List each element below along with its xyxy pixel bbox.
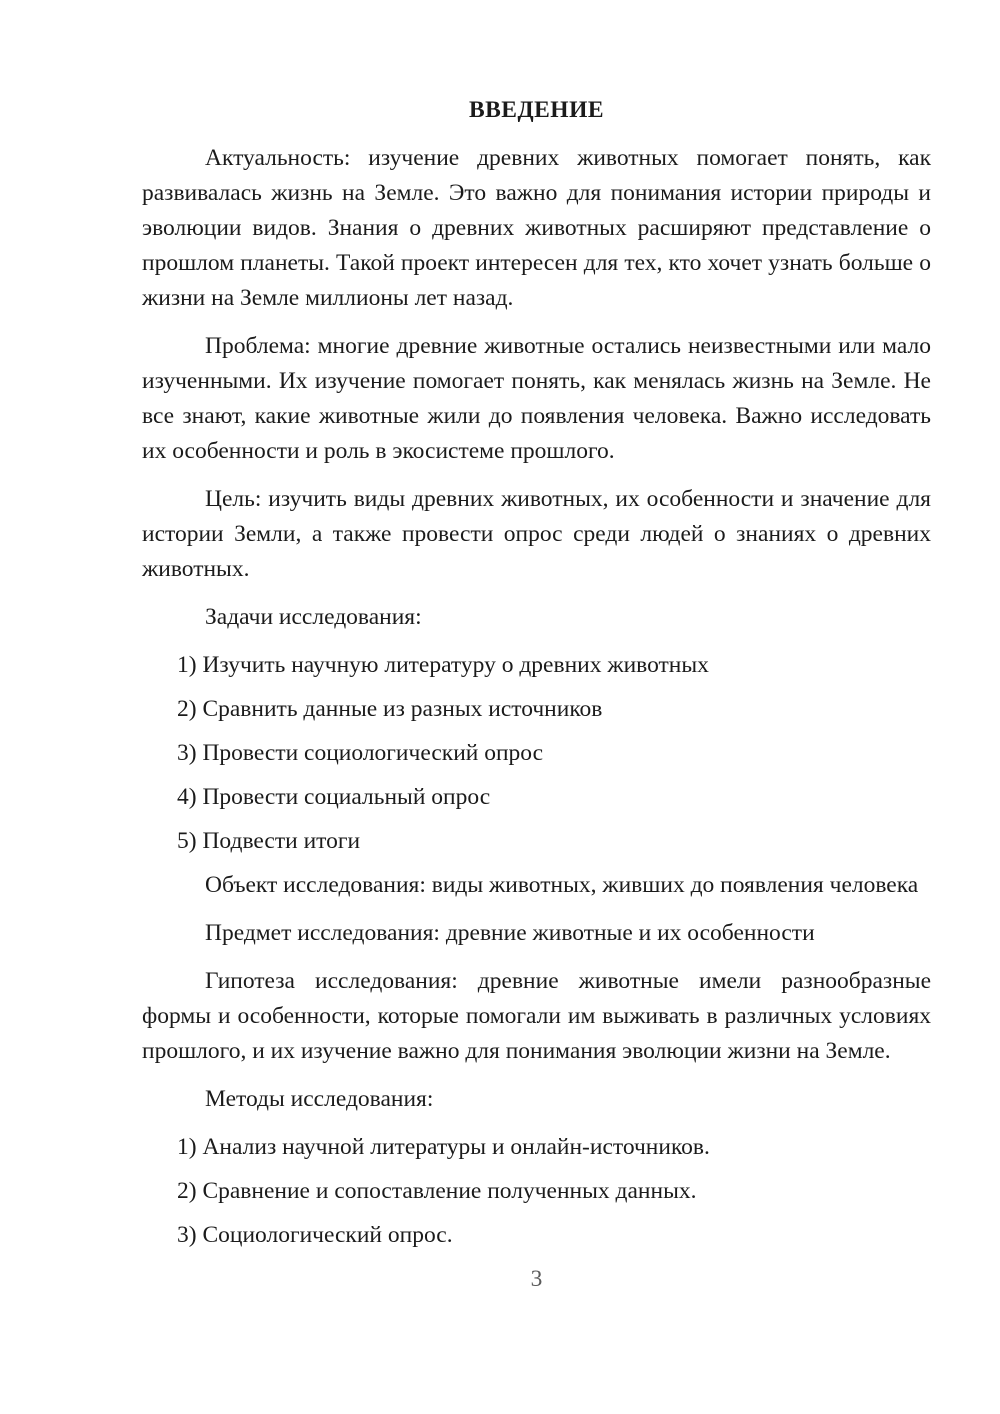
list-item: 5) Подвести итоги bbox=[177, 824, 896, 859]
paragraph: Объект исследования: виды животных, живш… bbox=[142, 868, 931, 903]
paragraph: Проблема: многие древние животные остали… bbox=[142, 329, 931, 469]
document-body: Актуальность: изучение древних животных … bbox=[142, 141, 931, 1253]
page-title: ВВЕДЕНИЕ bbox=[142, 93, 931, 128]
list-item: 2) Сравнение и сопоставление полученных … bbox=[177, 1174, 896, 1209]
document-page: ВВЕДЕНИЕ Актуальность: изучение древних … bbox=[0, 0, 1000, 1414]
paragraph: Методы исследования: bbox=[142, 1082, 931, 1117]
paragraph: Цель: изучить виды древних животных, их … bbox=[142, 482, 931, 587]
list-item: 2) Сравнить данные из разных источников bbox=[177, 692, 896, 727]
list-item: 1) Анализ научной литературы и онлайн-ис… bbox=[177, 1130, 896, 1165]
list-item: 3) Социологический опрос. bbox=[177, 1218, 896, 1253]
paragraph: Задачи исследования: bbox=[142, 600, 931, 635]
list-item: 1) Изучить научную литературу о древних … bbox=[177, 648, 896, 683]
list-item: 3) Провести социологический опрос bbox=[177, 736, 896, 771]
page-number: 3 bbox=[142, 1262, 931, 1297]
paragraph: Гипотеза исследования: древние животные … bbox=[142, 964, 931, 1069]
paragraph: Предмет исследования: древние животные и… bbox=[142, 916, 931, 951]
list-item: 4) Провести социальный опрос bbox=[177, 780, 896, 815]
paragraph: Актуальность: изучение древних животных … bbox=[142, 141, 931, 316]
